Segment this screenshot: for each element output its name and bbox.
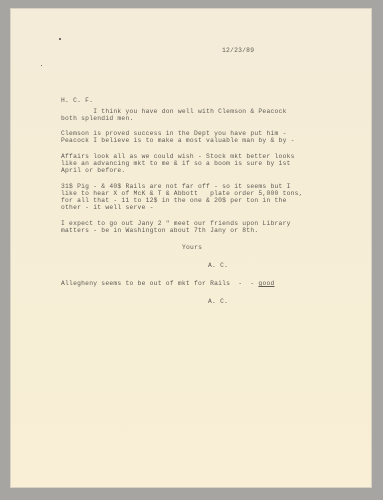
paper-mark: [59, 38, 61, 40]
postscript-emphasis: good: [258, 280, 274, 287]
paper-mark: [41, 65, 42, 66]
paragraph-2-line-2: Peacock I believe is to make a most valu…: [61, 137, 295, 144]
paragraph-4-line-4: other - it well serve -: [61, 204, 154, 211]
postscript: Allegheny seems to be out of mkt for Rai…: [61, 280, 275, 287]
letter-date: 12/23/89: [222, 47, 254, 54]
signature: A. C.: [208, 262, 228, 269]
paragraph-3-line-3: April or before.: [61, 167, 125, 174]
postscript-text: Allegheny seems to be out of mkt for Rai…: [61, 280, 258, 287]
salutation: H. C. F.: [61, 97, 93, 104]
closing: Yours: [182, 244, 202, 251]
paragraph-5-line-2: matters - be in Washington about 7th Jan…: [61, 227, 258, 234]
letter-page: 12/23/89 H. C. F. I think you have don w…: [11, 9, 371, 487]
postscript-signature: A. C.: [208, 298, 228, 305]
paragraph-1-line-2: both splendid men.: [61, 115, 134, 122]
